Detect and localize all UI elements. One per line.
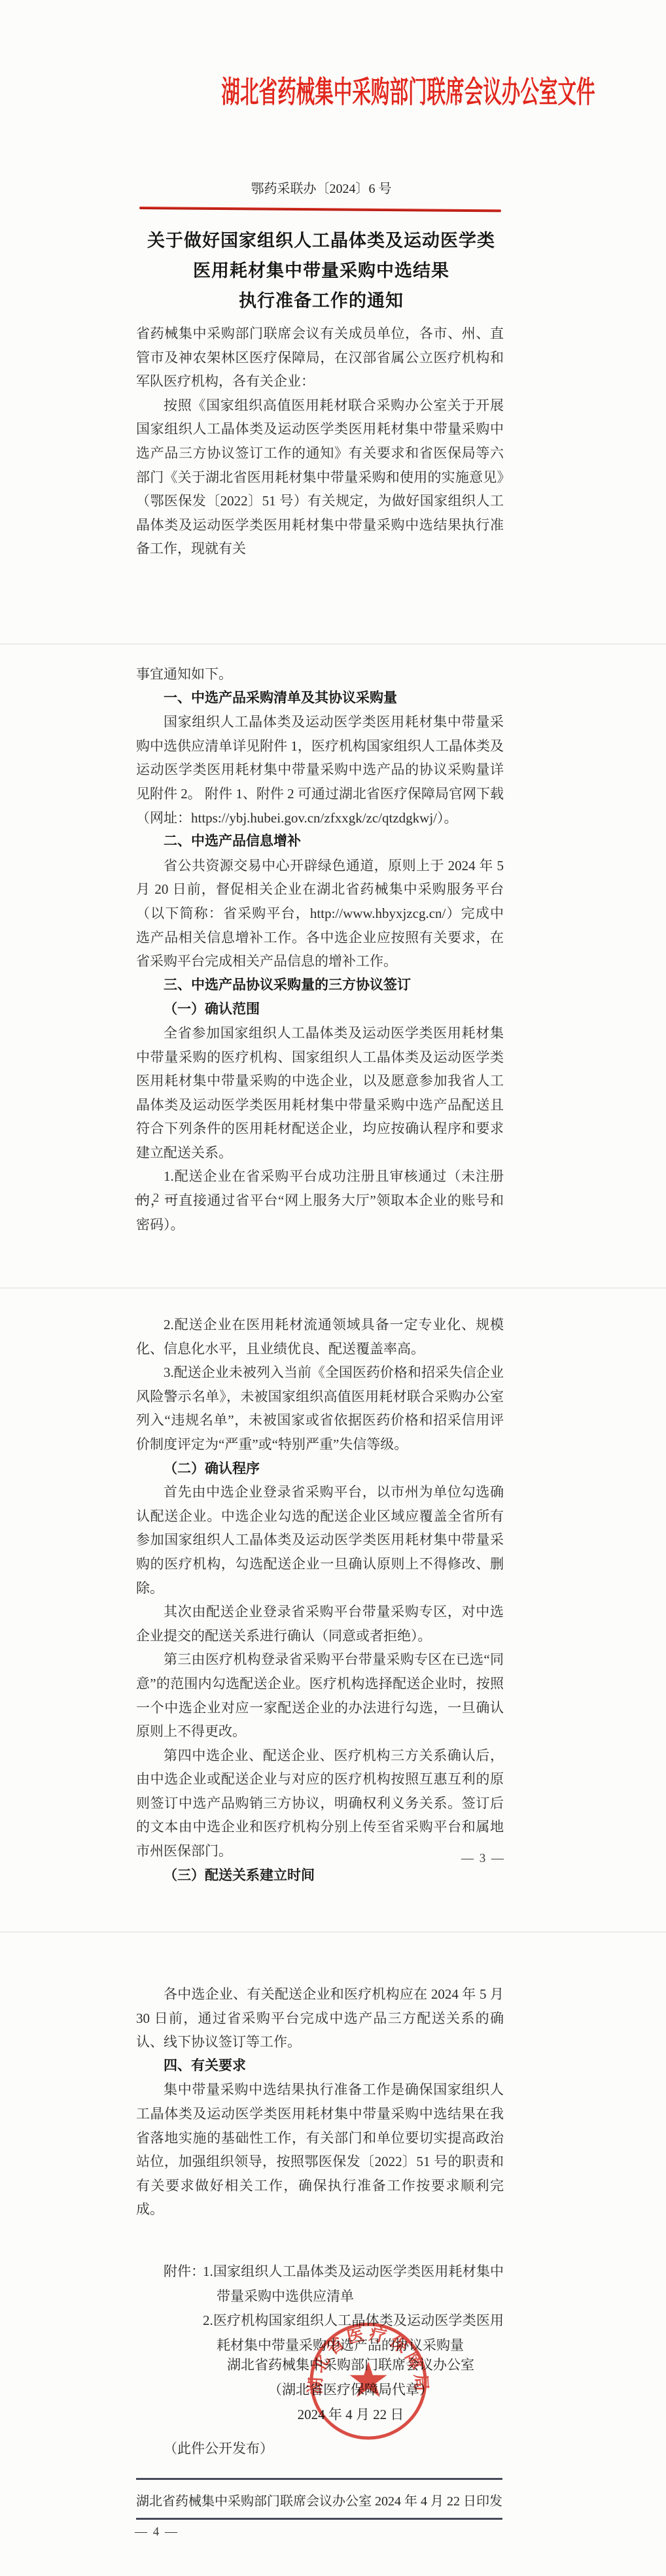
procedure-step-4: 第四中选企业、配送企业、医疗机构三方关系确认后，由中选企业或配送企业与对应的医疗… [136,1744,504,1863]
seal-star-icon [350,2362,387,2397]
header-banner-text: 湖北省药械集中采购部门联席会议办公室文件 [221,69,595,112]
section2-paragraph: 省公共资源交易中心开辟绿色通道，原则上于 2024 年 5 月 20 日前，督促… [136,854,504,974]
page3-body: 2.配送企业在医用耗材流通领域具备一定专业化、规模化、信息化水平，且业绩优良、配… [136,1313,504,1887]
title-line-1: 关于做好国家组织人工晶体类及运动医学类 [136,226,506,256]
section3-sub1-paragraph: 全省参加国家组织人工晶体类及运动医学类医用耗材集中带量采购的医疗机构、国家组织人… [136,1021,504,1165]
condition-item-3: 3.配送企业未被列入当前《全国医药价格和招采失信企业风险警示名单》，未被国家组织… [136,1361,504,1456]
procedure-step-1: 首先由中选企业登录省采购平台，以市州为单位勾选确认配送企业。中选企业勾选的配送企… [136,1480,504,1600]
attachment-item-1: 1.国家组织人工晶体类及运动医学类医用耗材集中带量采购中选供应清单 [203,2260,504,2309]
section3-heading: 三、中选产品协议采购量的三方协议签订 [136,974,504,998]
colophon-issuer: 湖北省药械集中采购部门联席会议办公室 [136,2488,372,2515]
page-separator [0,1931,666,1933]
procedure-step-2: 其次由配送企业登录省采购平台带量采购专区，对中选企业提交的配送关系进行确认（同意… [136,1600,504,1648]
public-release-note: （此件公开发布） [164,2438,273,2458]
page1-body: 省药械集中采购部门联席会议有关成员单位，各市、州、直管市及神农架林区医疗保障局，… [136,322,504,561]
red-divider-rule [139,207,501,212]
page-separator [0,1287,666,1289]
page-number-3: — 3 — [135,1852,505,1866]
document-number: 鄂药采联办〔2024〕6 号 [136,178,506,197]
section3-sub2-heading: （二）确认程序 [136,1457,504,1481]
colophon-rule-top [136,2478,502,2480]
scanned-official-document: 湖北省药械集中采购部门联席会议办公室文件 鄂药采联办〔2024〕6 号 关于做好… [0,0,666,2576]
section3-sub3-heading: （三）配送关系建立时间 [136,1863,504,1888]
section3-sub3-paragraph: 各中选企业、有关配送企业和医疗机构应在 2024 年 5 月 30 日前，通过省… [136,1982,504,2054]
colophon-rule-bottom [136,2518,502,2520]
colophon-row: 湖北省药械集中采购部门联席会议办公室 2024 年 4 月 22 日印发 [136,2488,502,2515]
document-header-banner: 湖北省药械集中采购部门联席会议办公室文件 [133,71,513,110]
colophon-print-date: 2024 年 4 月 22 日印发 [375,2488,502,2515]
section4-paragraph: 集中带量采购中选结果执行准备工作是确保国家组织人工晶体类及运动医学类医用耗材集中… [136,2078,504,2222]
document-title: 关于做好国家组织人工晶体类及运动医学类 医用耗材集中带量采购中选结果 执行准备工… [136,226,506,316]
title-line-3: 执行准备工作的通知 [136,286,506,316]
section1-paragraph: 国家组织人工晶体类及运动医学类医用耗材集中带量采购中选供应清单详见附件 1，医疗… [136,710,504,830]
salutation-paragraph: 省药械集中采购部门联席会议有关成员单位，各市、州、直管市及神农架林区医疗保障局，… [136,322,504,394]
section2-heading: 二、中选产品信息增补 [136,830,504,854]
section4-heading: 四、有关要求 [136,2054,504,2078]
procedure-step-3: 第三由医疗机构登录省采购平台带量采购专区在已选“同意”的范围内勾选配送企业。医疗… [136,1648,504,1743]
condition-item-2: 2.配送企业在医用耗材流通领域具备一定专业化、规模化、信息化水平，且业绩优良、配… [136,1313,504,1361]
section1-heading: 一、中选产品采购清单及其协议采购量 [136,686,504,711]
page-number-4: — 4 — [135,2525,502,2539]
intro-paragraph: 按照《国家组织高值医用耗材联合采购办公室关于开展国家组织人工晶体类及运动医学类医… [136,394,504,561]
official-red-seal: 湖北省医疗保障局 [306,2318,431,2444]
page-separator [0,643,666,645]
page-number-2: — 2 — [135,1191,502,1206]
intro-continuation: 事宜通知如下。 [136,662,504,686]
page4-body: 各中选企业、有关配送企业和医疗机构应在 2024 年 5 月 30 日前，通过省… [136,1982,504,2222]
title-line-2: 医用耗材集中带量采购中选结果 [136,256,506,286]
attachments-label: 附件： [164,2260,205,2284]
section3-sub1-heading: （一）确认范围 [136,997,504,1021]
page2-body: 事宜通知如下。 一、中选产品采购清单及其协议采购量 国家组织人工晶体类及运动医学… [136,662,504,1236]
